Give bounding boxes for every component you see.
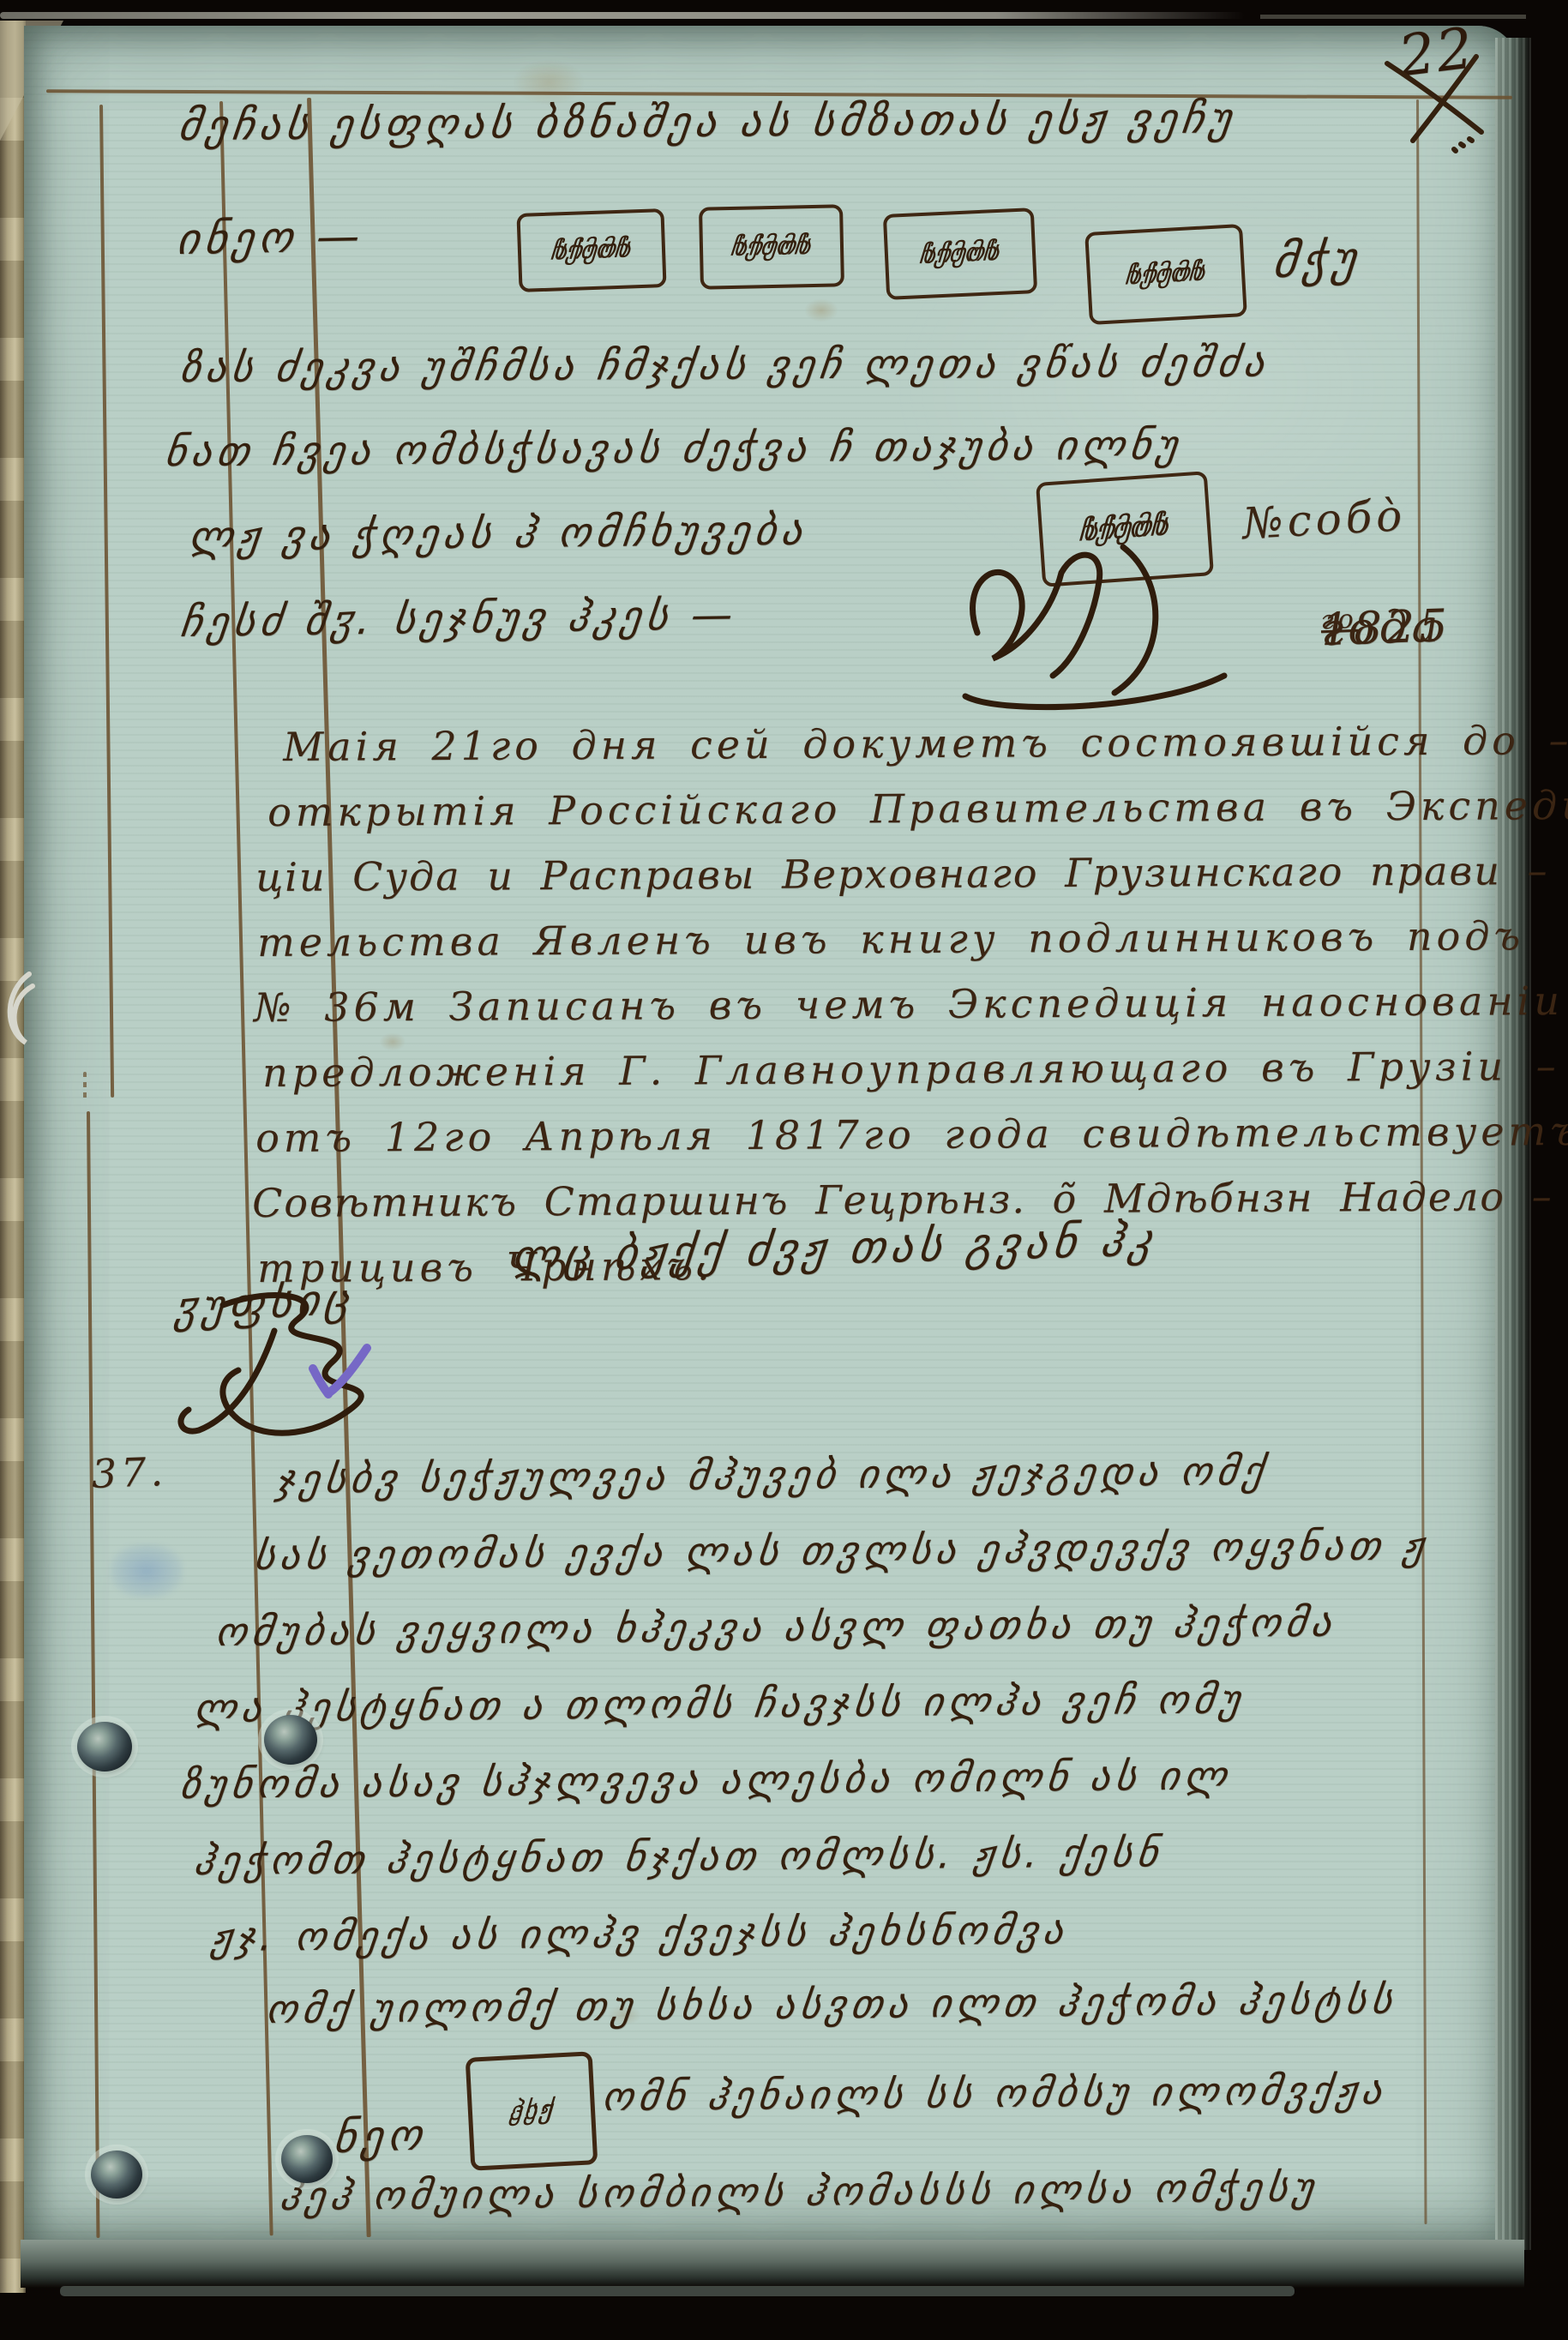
- scanner-edge-line-right: [1260, 15, 1526, 19]
- binding-hole: [264, 1715, 317, 1765]
- russian-line-2: открытія Россійскаго Правительства въ Эк…: [267, 785, 1568, 832]
- georgian-line-2-tail: მჭუ: [1271, 235, 1363, 285]
- book-spine-edge: [0, 21, 26, 2293]
- georgian-body-line-7: ჟჯ. ომექა ას ილჰვ ქვეჯსს ჰეხსნომვა: [209, 1910, 1072, 1957]
- boxed-registration-stamp-4: სჩემჩ ჩქმოს: [1084, 224, 1247, 325]
- scanner-edge-line: [0, 12, 1245, 19]
- russian-line-7: отъ 12го Апрѣля 1817го года свидѣтельств…: [255, 1111, 1568, 1158]
- boxed-registration-stamp-1: სჩემჩ ჩქმოს: [516, 208, 666, 292]
- georgian-line-6: ჩესძ შჳ. სეჯნუვ ჰკეს —: [178, 594, 740, 643]
- binding-hole: [77, 1722, 132, 1772]
- georgian-line-5: ლჟ ვა ჭღეას ჰ ომჩხუვება: [187, 509, 810, 557]
- monogram-flourish: [948, 528, 1240, 725]
- blue-ink-smudge: [110, 1543, 183, 1598]
- stamp-text-bottom: ჩქმოს: [549, 236, 634, 266]
- crossout-x-mark: [1379, 50, 1490, 153]
- stamp-text-bottom: ესჟ: [508, 2096, 555, 2126]
- georgian-line-3: ზას ძეკვა უშჩმსა ჩმჯქას ვეჩ ლეთა ვწას ძე…: [178, 342, 1273, 388]
- boxed-small-stamp: ჰექ ესჟ: [466, 2051, 598, 2171]
- russian-line-3: ціи Суда и Расправы Верховнаго Грузинска…: [255, 851, 1549, 897]
- boxed-registration-stamp-2: სჩემჩ ჩქმოს: [699, 204, 844, 289]
- stamp-text-bottom: ჩქმოს: [1124, 258, 1209, 290]
- russian-line-1: Маія 21го дня сей докуметъ состоявшійся …: [283, 720, 1568, 767]
- year-date: 1825гогода: [1204, 568, 1323, 691]
- binding-hole: [91, 2151, 142, 2199]
- binding-thread-icon: [0, 967, 41, 1063]
- stamp-text-bottom: ჩქმოს: [918, 238, 1003, 269]
- georgian-body-line-3: ომუბას ვეყვილა ხჰეკვა ასვლ ფათხა თუ ჰეჭო…: [213, 1603, 1339, 1651]
- russian-line-5: № 36м Записанъ въ чемъ Экспедиція наосно…: [254, 981, 1564, 1027]
- reviewer-checkmark-icon: [305, 1343, 374, 1408]
- boxed-registration-stamp-3: სჩემჩ ჩქმოს: [883, 208, 1037, 300]
- georgian-body-line-8: ომქ უილომქ თუ სხსა ასვთა ილთ ჰეჭომა ჰესტ…: [264, 1979, 1400, 2029]
- margin-entry-number: 37.: [91, 1452, 168, 1494]
- georgian-line-1: მეჩას ესფღას ბზნაშეა ას სმზათას ესჟ ვეჩუ: [176, 97, 1239, 147]
- georgian-body-line-6: ჰეჭომთ ჰესტყნათ ნჯქათ ომლსს. ჟს. ქესნ: [192, 1832, 1166, 1880]
- russian-line-4: тельства Явленъ ивъ книгу подлинниковъ п…: [257, 916, 1524, 962]
- georgian-body-line-9-tail: ომნ ჰენაილს სს ომბსუ ილომვქჟა: [600, 2070, 1390, 2116]
- georgian-body-line-10: ჰეჰ ომუილა სომბილს ჰომასსს ილსა ომჭესუ: [278, 2167, 1321, 2216]
- year-word: года: [1320, 604, 1443, 653]
- number-annotation: №собо̀: [1241, 494, 1407, 545]
- georgian-line-4: ნათ ჩვეა ომბსჭსავას ძეჭვა ჩ თაჯუბა ილნუ: [163, 425, 1186, 472]
- georgian-body-line-2: სას ვეთომას ევქა ლას თვლსა ეჰვდევქვ ოყვნ…: [252, 1525, 1432, 1575]
- georgian-line-2-word: ინეო —: [175, 214, 368, 261]
- russian-line-6: предложенія Г. Главноуправляющаго въ Гру…: [262, 1046, 1560, 1092]
- russian-line-8: Совѣтникъ Старшинъ Гецрѣнз. о̃ Мдѣбнзн Н…: [252, 1176, 1553, 1223]
- georgian-body-line-9-word: ნეო: [332, 2113, 430, 2159]
- manuscript-scan: 22 37. მეჩას ესფღას ბზნაშეა ას სმზათას ე…: [0, 0, 1568, 2340]
- georgian-body-line-1: ჯესბვ სეჭჟულვეა მჰუვებ ილა ჟეჯგედა ომქ: [274, 1451, 1271, 1499]
- page-stack-edge-bottom: [21, 2240, 1524, 2288]
- georgian-body-line-4: ლა ჰესტყნათ ა თლომს ჩავჯსს ილჰა ვეჩ ომუ: [192, 1679, 1248, 1728]
- georgian-body-line-5: ზუნომა ასავ სჰჯლვევა ალესბა ომილნ ას ილ: [178, 1755, 1235, 1804]
- binding-hole: [281, 2135, 333, 2183]
- stamp-text-bottom: ჩქმოს: [729, 232, 814, 262]
- page-stack-sliver: [60, 2286, 1295, 2296]
- ruled-line-left-1-ink-dots: [83, 1072, 87, 1101]
